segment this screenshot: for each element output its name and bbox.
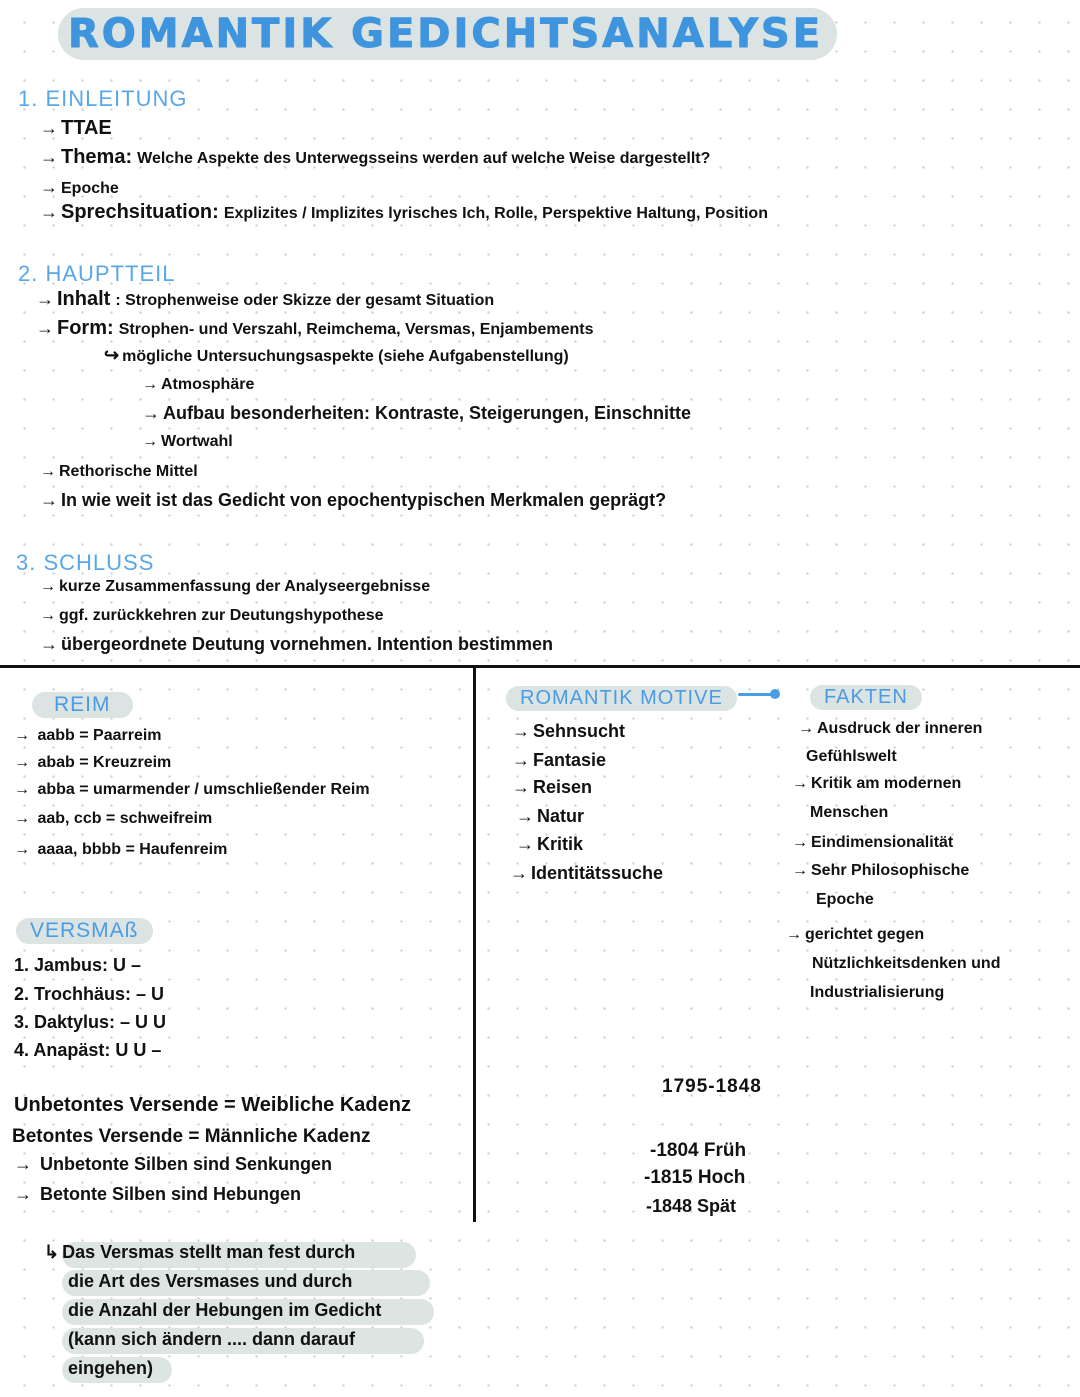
motive-item: →Kritik (516, 834, 583, 855)
epoche-phase: -1804 Früh (650, 1140, 746, 1162)
arrow-icon: → (14, 754, 30, 772)
motive-item: →Sehnsucht (512, 721, 625, 742)
silben-item: → Betonte Silben sind Hebungen (14, 1184, 301, 1205)
hauptteil-sub: →Aufbau besonderheiten: Kontraste, Steig… (142, 403, 691, 424)
page-title: ROMANTIK GEDICHTSANALYSE (68, 11, 823, 57)
heading-fakten: FAKTEN (810, 685, 922, 710)
title-banner: ROMANTIK GEDICHTSANALYSE (58, 8, 837, 60)
arrow-icon: → (40, 177, 58, 198)
note-line: (kann sich ändern .... dann darauf (68, 1329, 355, 1350)
blue-arrow-icon (738, 693, 776, 696)
arrow-icon: → (14, 810, 30, 828)
hauptteil-form: →Form: Strophen- und Verszahl, Reimchema… (36, 317, 594, 340)
note-line: die Anzahl der Hebungen im Gedicht (68, 1300, 381, 1321)
schluss-item: →ggf. zurückkehren zur Deutungshypothese (40, 607, 383, 625)
arrow-icon: → (512, 777, 530, 798)
hook-arrow-icon: ↳ (44, 1242, 59, 1263)
arrow-icon: → (14, 781, 30, 799)
fakten-item-cont: Menschen (810, 804, 888, 822)
reim-item: → aabb = Paarreim (14, 727, 162, 745)
motive-item: →Natur (516, 806, 584, 827)
arrow-icon: → (40, 118, 58, 139)
arrow-icon: → (792, 775, 808, 793)
versmass-item: 1. Jambus: U – (14, 955, 141, 976)
motive-item: →Reisen (512, 777, 592, 798)
arrow-icon: → (40, 578, 56, 596)
heading-schluss: 3. SCHLUSS (16, 550, 154, 576)
heading-einleitung: 1. EINLEITUNG (18, 86, 187, 112)
arrow-icon: → (142, 403, 160, 424)
einleitung-item: →Sprechsituation: Explizites / Implizite… (40, 201, 768, 224)
fakten-item: →Eindimensionalität (792, 834, 953, 852)
fakten-item-cont: Gefühlswelt (806, 748, 897, 766)
fakten-item-cont: Epoche (816, 891, 874, 909)
schluss-item: →kurze Zusammenfassung der Analyseergebn… (40, 578, 430, 596)
arrow-icon: → (516, 834, 534, 855)
note-line: ↳Das Versmas stellt man fest durch (44, 1242, 355, 1263)
reim-item: → aaaa, bbbb = Haufenreim (14, 841, 227, 859)
einleitung-item: →TTAE (40, 117, 112, 140)
arrow-icon: → (516, 806, 534, 827)
hauptteil-rhetorik: →Rethorische Mittel (40, 463, 198, 481)
arrow-icon: → (792, 834, 808, 852)
silben-item: → Unbetonte Silben sind Senkungen (14, 1154, 332, 1175)
fakten-item-cont: Nützlichkeitsdenken und (812, 955, 1000, 973)
arrow-icon: → (798, 720, 814, 738)
versmass-item: 4. Anapäst: U U – (14, 1040, 161, 1061)
fakten-item: →Ausdruck der inneren (798, 720, 982, 738)
hauptteil-aspekte: ↪mögliche Untersuchungsaspekte (siehe Au… (104, 345, 569, 366)
arrow-icon: → (792, 862, 808, 880)
arrow-icon: → (142, 433, 158, 451)
hauptteil-inhalt: →Inhalt : Strophenweise oder Skizze der … (36, 288, 494, 311)
versmass-item: 3. Daktylus: – U U (14, 1012, 166, 1033)
epoche-range: 1795-1848 (662, 1076, 762, 1098)
arrow-icon: → (14, 841, 30, 859)
einleitung-item: →Thema: Welche Aspekte des Unterwegssein… (40, 146, 710, 169)
versmass-item: 2. Trochhäus: – U (14, 984, 164, 1005)
fakten-item-cont: Industrialisierung (810, 984, 944, 1002)
arrow-icon: → (142, 376, 158, 394)
arrow-icon: → (40, 463, 56, 481)
reim-item: → aab, ccb = schweifreim (14, 810, 212, 828)
arrow-icon: → (40, 607, 56, 625)
einleitung-item: →Epoche (40, 177, 119, 198)
hauptteil-sub: →Wortwahl (142, 433, 233, 451)
heading-hauptteil: 2. HAUPTTEIL (18, 261, 175, 287)
arrow-icon: → (36, 289, 54, 310)
heading-motive: ROMANTIK MOTIVE (506, 686, 737, 711)
arrow-icon: → (14, 727, 30, 745)
motive-item: →Fantasie (512, 750, 606, 771)
arrow-icon: → (512, 750, 530, 771)
vertical-divider (473, 666, 476, 1222)
heading-reim: REIM (32, 692, 133, 718)
fakten-item: →gerichtet gegen (786, 926, 924, 944)
reim-item: → abba = umarmender / umschließender Rei… (14, 781, 370, 799)
arrow-icon: → (510, 863, 528, 884)
schluss-item: →übergeordnete Deutung vornehmen. Intent… (40, 634, 553, 655)
arrow-icon: → (40, 634, 58, 655)
note-line: eingehen) (68, 1358, 153, 1379)
arrow-icon: → (40, 490, 58, 511)
arrow-icon: → (14, 1154, 32, 1175)
kadenz-maennlich: Betontes Versende = Männliche Kadenz (12, 1126, 370, 1148)
motive-item: →Identitätssuche (510, 863, 663, 884)
arrow-icon: → (786, 926, 802, 944)
hauptteil-frage: →In wie weit ist das Gedicht von epochen… (40, 490, 666, 511)
hook-arrow-icon: ↪ (104, 345, 119, 366)
fakten-item: →Kritik am modernen (792, 775, 961, 793)
kadenz-weiblich: Unbetontes Versende = Weibliche Kadenz (14, 1094, 411, 1117)
hauptteil-sub: →Atmosphäre (142, 376, 254, 394)
arrow-icon: → (512, 721, 530, 742)
fakten-item: →Sehr Philosophische (792, 862, 969, 880)
epoche-phase: -1848 Spät (646, 1196, 736, 1217)
arrow-icon: → (36, 318, 54, 339)
arrow-icon: → (40, 147, 58, 168)
arrow-icon: → (14, 1184, 32, 1205)
heading-versmass: VERSMAß (16, 918, 153, 944)
note-line: die Art des Versmases und durch (68, 1271, 352, 1292)
reim-item: → abab = Kreuzreim (14, 754, 171, 772)
epoche-phase: -1815 Hoch (644, 1167, 745, 1189)
arrow-icon: → (40, 202, 58, 223)
horizontal-divider (0, 665, 1080, 668)
